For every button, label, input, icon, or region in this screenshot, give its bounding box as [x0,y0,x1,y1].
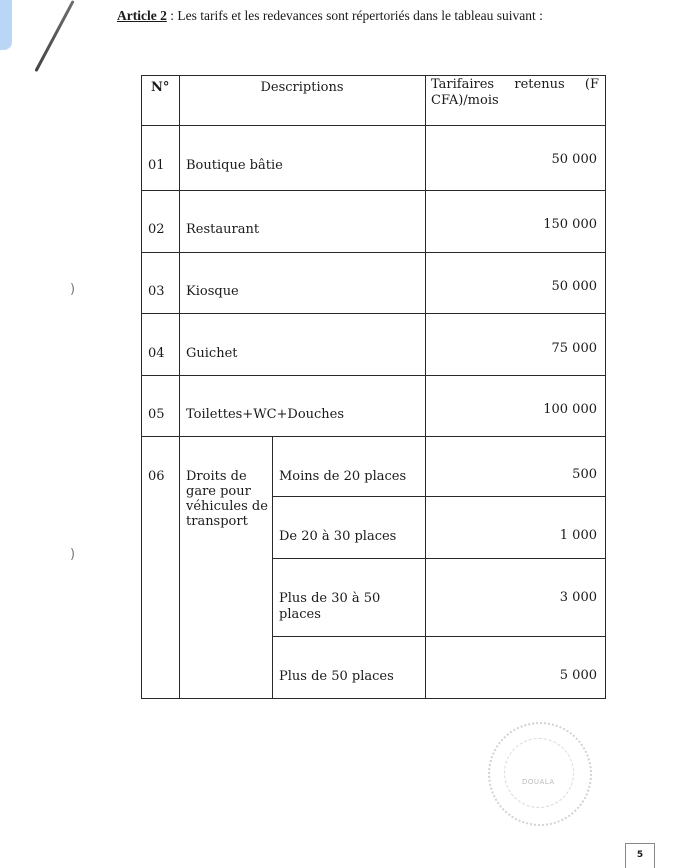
official-stamp: DOUALA [488,722,592,826]
row-rate: 50 000 [431,279,597,295]
row-description: Boutique bâtie [186,158,283,174]
subrow-rate: 3 000 [431,590,597,606]
header-description: Descriptions [179,80,425,96]
row-number: 03 [148,284,165,300]
subrow-description: De 20 à 30 places [279,529,396,545]
tariff-table: N° Descriptions Tarifaires retenus (F CF… [141,75,606,699]
header-rate: Tarifaires retenus (F CFA)/mois [431,77,599,109]
row-description: Restaurant [186,222,259,238]
pen-stroke-mark [34,0,74,72]
subrow-description: Plus de 30 à 50 places [279,591,399,623]
left-edge-tab [0,0,12,50]
article-text: : Les tarifs et les redevances sont répe… [167,8,543,23]
row-rate: 50 000 [431,152,597,168]
subrow-rate: 500 [431,467,597,483]
page-number: 5 [626,850,654,860]
page-number-box: 5 [625,843,655,868]
article-heading: Article 2 : Les tarifs et les redevances… [117,8,543,24]
row-rate: 100 000 [431,402,597,418]
row-description: Kiosque [186,284,239,300]
stamp-text: DOUALA [522,778,555,786]
row-number: 05 [148,407,165,423]
row-description: Toilettes+WC+Douches [186,407,344,423]
row-description: Droits de gare pour véhicules de transpo… [186,469,270,529]
row-number: 02 [148,222,165,238]
row-number: 06 [148,469,165,485]
subrow-rate: 5 000 [431,668,597,684]
row-number: 01 [148,158,165,174]
row-number: 04 [148,346,165,362]
article-label: Article 2 [117,8,167,23]
subrow-rate: 1 000 [431,528,597,544]
row-rate: 150 000 [431,217,597,233]
row-description: Guichet [186,346,238,362]
subrow-description: Moins de 20 places [279,469,406,485]
margin-mark: ) [70,282,75,297]
subrow-description: Plus de 50 places [279,669,394,685]
margin-mark: ) [70,547,75,562]
row-rate: 75 000 [431,341,597,357]
header-number: N° [151,80,169,96]
